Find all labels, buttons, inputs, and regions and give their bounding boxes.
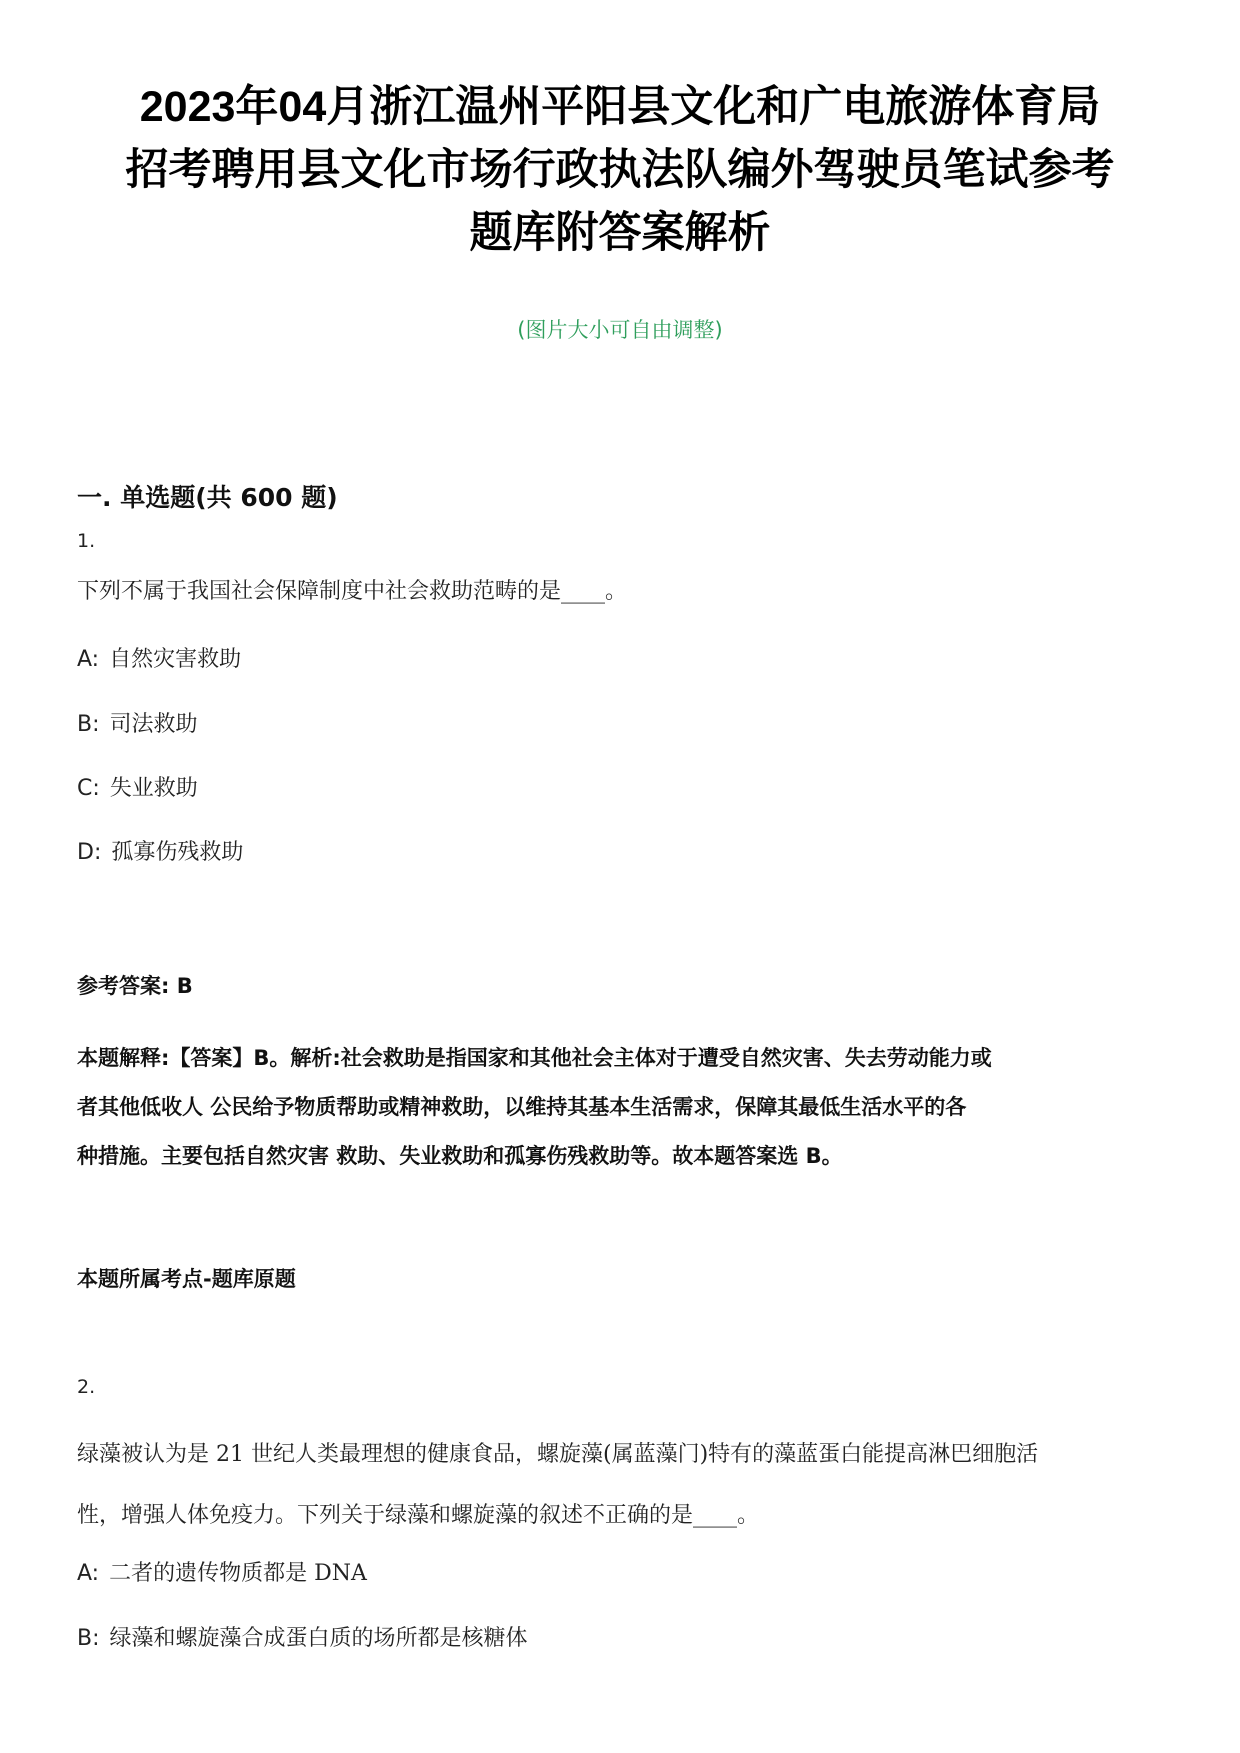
option-letter: B:	[77, 1626, 100, 1651]
option-letter: C:	[77, 776, 100, 801]
explanation-line: 本题解释:【答案】B。解析:社会救助是指国家和其他社会主体对于遭受自然灾害、失去…	[77, 1034, 1167, 1083]
question-text-line: 绿藻被认为是 21 世纪人类最理想的健康食品，螺旋藻(属蓝藻门)特有的藻蓝蛋白能…	[77, 1424, 1167, 1485]
option-text: 孤寡伤残救助	[111, 840, 243, 865]
option-text: 绿藻和螺旋藻合成蛋白质的场所都是核糖体	[110, 1626, 528, 1651]
title-line: 招考聘用县文化市场行政执法队编外驾驶员笔试参考	[80, 139, 1160, 202]
title-line: 2023年04月浙江温州平阳县文化和广电旅游体育局	[80, 76, 1160, 139]
option-b: B:绿藻和螺旋藻合成蛋白质的场所都是核糖体	[77, 1621, 528, 1652]
reference-answer: 参考答案: B	[77, 970, 193, 1000]
option-letter: B:	[77, 712, 100, 737]
question-text-line: 性，增强人体免疫力。下列关于绿藻和螺旋藻的叙述不正确的是____。	[77, 1485, 1167, 1546]
option-text: 二者的遗传物质都是 DNA	[109, 1561, 367, 1586]
option-text: 失业救助	[110, 776, 198, 801]
option-text: 司法救助	[110, 712, 198, 737]
image-resize-note: (图片大小可自由调整)	[0, 314, 1240, 344]
explanation-line: 种措施。主要包括自然灾害 救助、失业救助和孤寡伤残救助等。故本题答案选 B。	[77, 1132, 1167, 1181]
title-line: 题库附答案解析	[80, 202, 1160, 265]
question-topic: 本题所属考点-题库原题	[77, 1263, 296, 1293]
document-page: 2023年04月浙江温州平阳县文化和广电旅游体育局 招考聘用县文化市场行政执法队…	[0, 0, 1240, 1753]
answer-explanation: 本题解释:【答案】B。解析:社会救助是指国家和其他社会主体对于遭受自然灾害、失去…	[77, 1034, 1167, 1181]
option-text: 自然灾害救助	[109, 647, 241, 672]
option-a: A:二者的遗传物质都是 DNA	[77, 1556, 367, 1587]
option-letter: A:	[77, 1561, 99, 1586]
option-c: C:失业救助	[77, 771, 198, 802]
question-text: 绿藻被认为是 21 世纪人类最理想的健康食品，螺旋藻(属蓝藻门)特有的藻蓝蛋白能…	[77, 1424, 1167, 1546]
question-number: 1.	[77, 530, 95, 552]
option-b: B:司法救助	[77, 707, 198, 738]
option-letter: A:	[77, 647, 99, 672]
section-header: 一. 单选题(共 600 题)	[77, 478, 338, 514]
option-d: D:孤寡伤残救助	[77, 835, 243, 866]
option-a: A:自然灾害救助	[77, 642, 241, 673]
option-letter: D:	[77, 840, 101, 865]
question-text: 下列不属于我国社会保障制度中社会救助范畴的是____。	[77, 574, 627, 605]
question-number: 2.	[77, 1376, 95, 1398]
explanation-line: 者其他低收人 公民给予物质帮助或精神救助，以维持其基本生活需求，保障其最低生活水…	[77, 1083, 1167, 1132]
document-title: 2023年04月浙江温州平阳县文化和广电旅游体育局 招考聘用县文化市场行政执法队…	[80, 76, 1160, 265]
